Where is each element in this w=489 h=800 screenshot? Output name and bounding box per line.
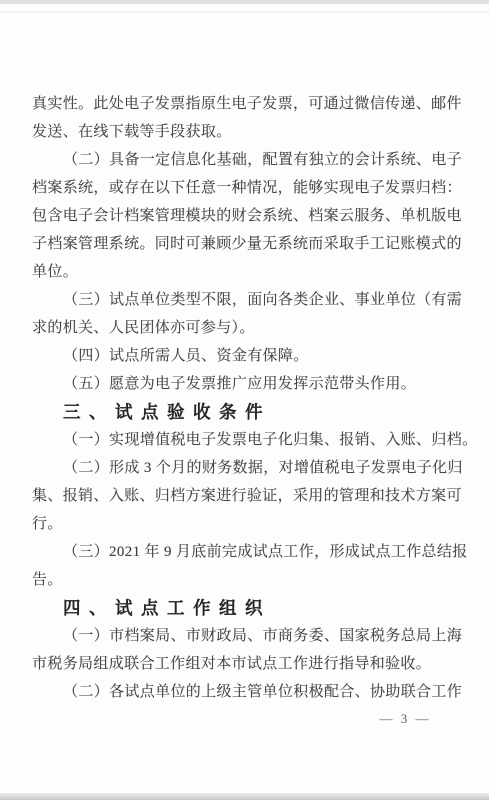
body-line: （一）市档案局、市财政局、市商务委、国家税务总局上海: [32, 622, 477, 650]
body-line: （二）具备一定信息化基础，配置有独立的会计系统、电子: [32, 146, 477, 174]
section-heading-acceptance: 三、试点验收条件: [32, 398, 477, 426]
body-line: （四）试点所需人员、资金有保障。: [32, 342, 477, 370]
body-line: 子档案管理系统。同时可兼顾少量无系统而采取手工记账模式的: [32, 230, 477, 258]
body-line: 档案系统，或存在以下任意一种情况，能够实现电子发票归档：: [32, 174, 477, 202]
body-line: 集、报销、入账、归档方案进行验证，采用的管理和技术方案可: [32, 482, 477, 510]
body-line: （二）形成 3 个月的财务数据，对增值税电子发票电子化归: [32, 454, 477, 482]
scan-fold-line: [0, 11, 489, 13]
document-body: 真实性。此处电子发票指原生电子发票，可通过微信传递、邮件 发送、在线下载等手段获…: [32, 90, 477, 706]
body-line: 告。: [32, 566, 477, 594]
body-line: （二）各试点单位的上级主管单位积极配合、协助联合工作: [32, 678, 477, 706]
body-line: 发送、在线下载等手段获取。: [32, 118, 477, 146]
scan-edge-bottom: [0, 793, 489, 800]
body-line: 行。: [32, 510, 477, 538]
body-line: 包含电子会计档案管理模块的财会系统、档案云服务、单机版电: [32, 202, 477, 230]
page-number: — 3 —: [380, 706, 432, 732]
section-heading-organization: 四、试点工作组织: [32, 594, 477, 622]
scan-edge-top: [0, 0, 489, 4]
body-line: （一）实现增值税电子发票电子化归集、报销、入账、归档。: [32, 426, 477, 454]
body-line: 真实性。此处电子发票指原生电子发票，可通过微信传递、邮件: [32, 90, 477, 118]
body-line: （五）愿意为电子发票推广应用发挥示范带头作用。: [32, 370, 477, 398]
body-line: （三）2021 年 9 月底前完成试点工作，形成试点工作总结报: [32, 538, 477, 566]
body-line: （三）试点单位类型不限，面向各类企业、事业单位（有需: [32, 286, 477, 314]
body-line: 单位。: [32, 258, 477, 286]
body-line: 市税务局组成联合工作组对本市试点工作进行指导和验收。: [32, 650, 477, 678]
body-line: 求的机关、人民团体亦可参与）。: [32, 314, 477, 342]
